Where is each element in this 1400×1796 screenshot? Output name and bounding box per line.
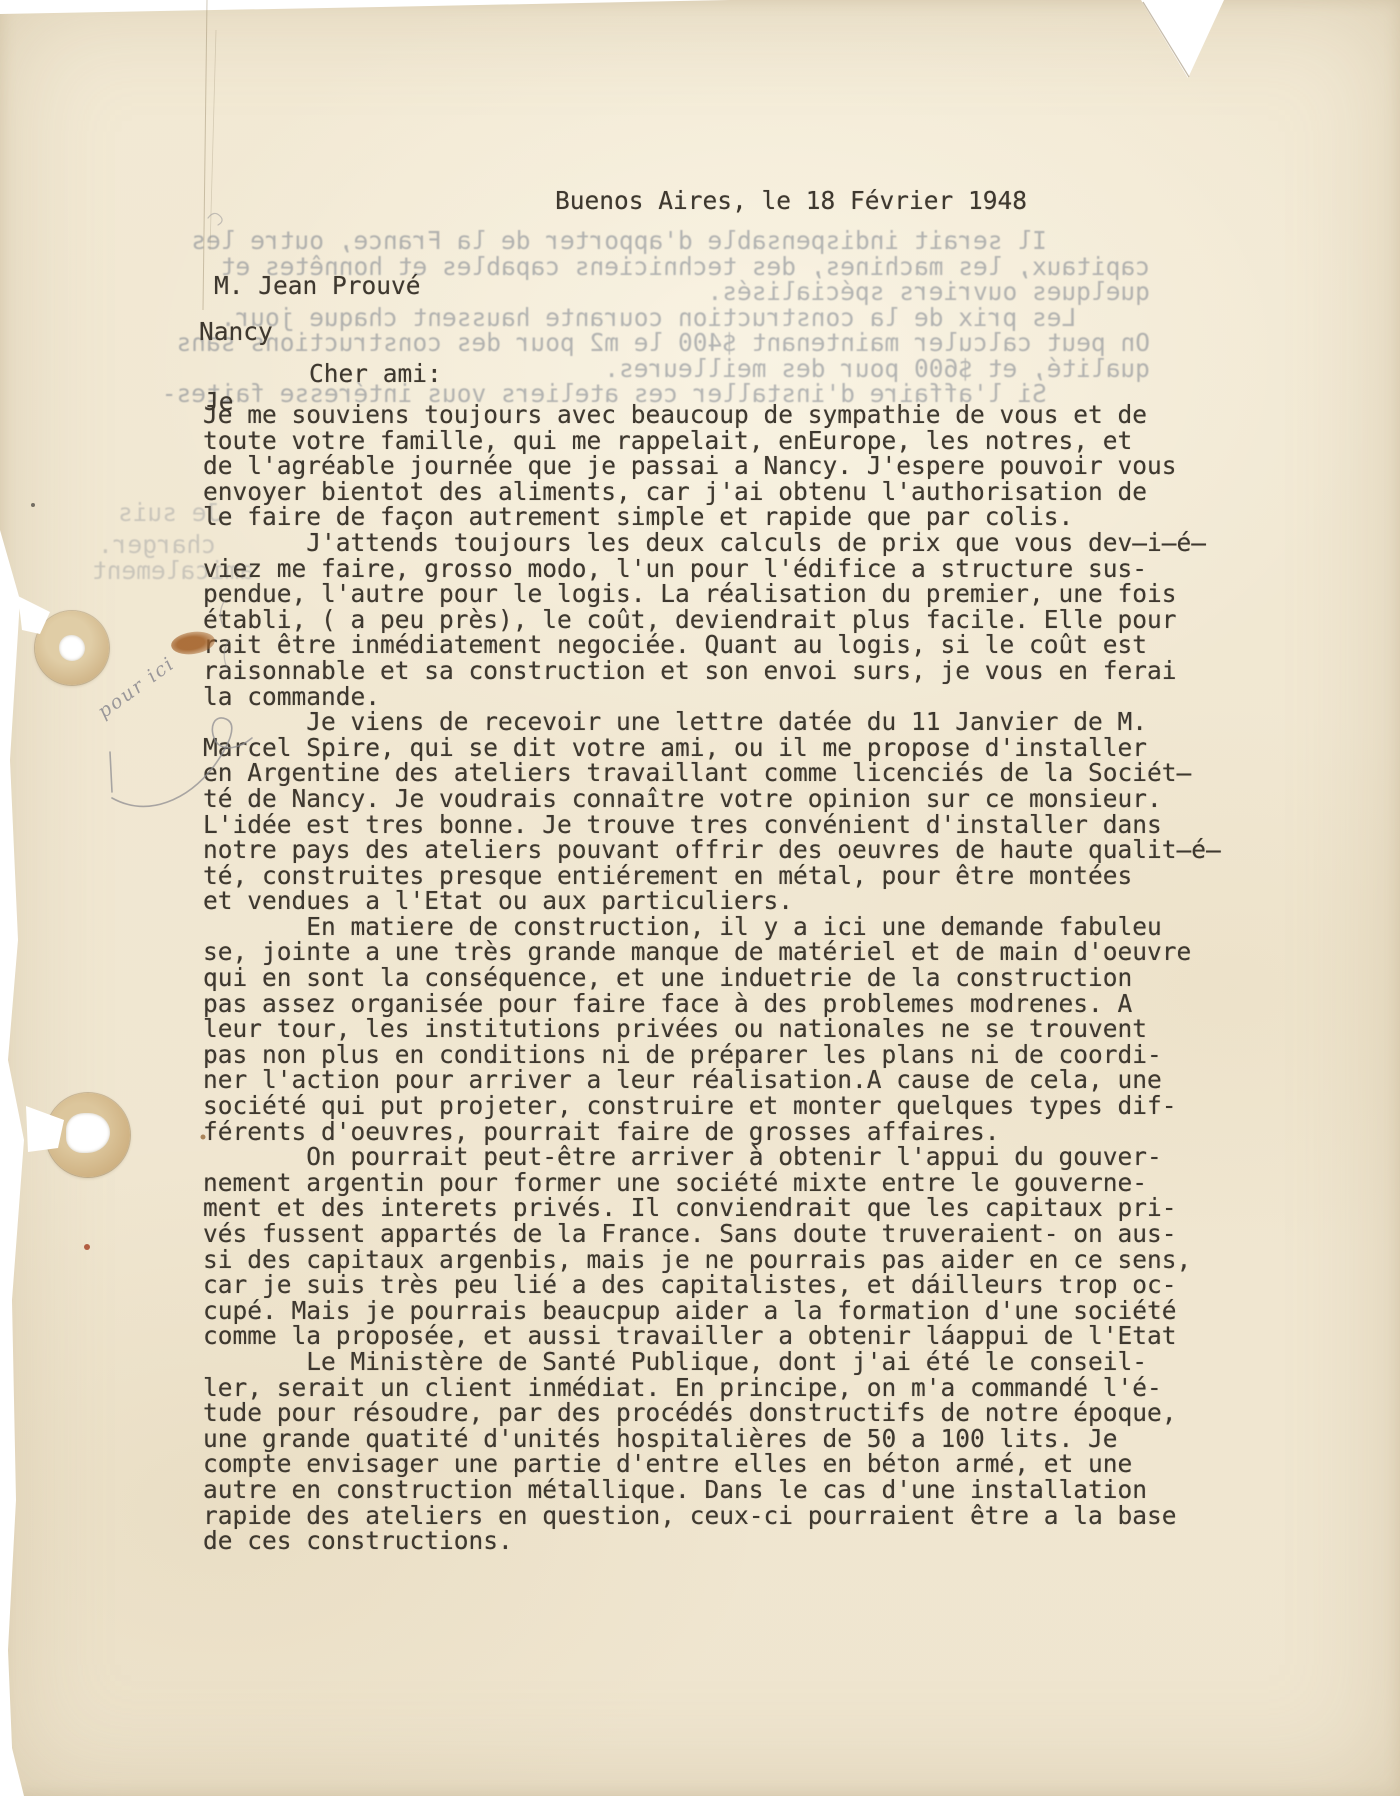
body-line: autre en construction métallique. Dans l… xyxy=(203,1477,1221,1503)
body-line: toute votre famille, qui me rappelait, e… xyxy=(203,428,1221,454)
body-line: pas non plus en conditions ni de prépare… xyxy=(203,1042,1221,1068)
body-line: férents d'oeuvres, pourrait faire de gro… xyxy=(203,1119,1221,1145)
body-line: viez me faire, grosso modo, l'un pour l'… xyxy=(203,556,1221,582)
body-line: envoyer bientot des aliments, car j'ai o… xyxy=(203,479,1221,505)
body-line: nement argentin pour former une société … xyxy=(203,1170,1221,1196)
body-line: établi, ( a peu près), le coût, deviendr… xyxy=(203,607,1221,633)
ghost-line: Les prix de la construction courante hau… xyxy=(150,305,1150,331)
body-line: leur tour, les institutions privées ou n… xyxy=(203,1016,1221,1042)
salutation: Cher ami: xyxy=(309,359,442,388)
body-line: de ces constructions. xyxy=(203,1528,1221,1554)
body-line: Le Ministère de Santé Publique, dont j'a… xyxy=(203,1349,1221,1375)
body-line: société qui put projeter, construire et … xyxy=(203,1093,1221,1119)
scanned-letter-page: Il serait indispensable d'apporter de la… xyxy=(0,0,1400,1796)
body-line: se, jointe a une très grande manque de m… xyxy=(203,939,1221,965)
bleed-through-text-block: Il serait indispensable d'apporter de la… xyxy=(150,228,1150,407)
ghost-line: Il serait indispensable d'apporter de la… xyxy=(150,228,1150,254)
body-line: ler, serait un client inmédiat. En princ… xyxy=(203,1375,1221,1401)
body-line: pendue, l'autre pour le logis. La réalis… xyxy=(203,581,1221,607)
body-line: comme la proposée, et aussi travailler a… xyxy=(203,1323,1221,1349)
body-line: Marcel Spire, qui se dit votre ami, ou i… xyxy=(203,735,1221,761)
body-line: té de Nancy. Je voudrais connaître votre… xyxy=(203,786,1221,812)
body-line: de l'agréable journée que je passai a Na… xyxy=(203,453,1221,479)
body-line: pas assez organisée pour faire face à de… xyxy=(203,991,1221,1017)
body-line: une grande quatité d'unités hospitalière… xyxy=(203,1426,1221,1452)
body-line: En matiere de construction, il y a ici u… xyxy=(203,914,1221,940)
body-line: compte envisager une partie d'entre elle… xyxy=(203,1451,1221,1477)
body-line: rait être inmédiatement negociée. Quant … xyxy=(203,632,1221,658)
recipient-name: M. Jean Prouvé xyxy=(214,271,421,300)
ghost-line: On peut calculer maintenant $400 le m2 p… xyxy=(150,330,1150,356)
body-line: tude pour résoudre, par des procédés don… xyxy=(203,1400,1221,1426)
body-line: ner l'action pour arriver a leur réalisa… xyxy=(203,1067,1221,1093)
body-line: raisonnable et sa construction et son en… xyxy=(203,658,1221,684)
recipient-city: Nancy xyxy=(199,317,273,346)
dateline: Buenos Aires, le 18 Février 1948 xyxy=(555,186,1027,215)
body-line: notre pays des ateliers pouvant offrir d… xyxy=(203,837,1221,863)
body-line: vés fussent appartés de la France. Sans … xyxy=(203,1221,1221,1247)
body-line: la commande. xyxy=(203,684,1221,710)
body-line: Je me souviens toujours avec beaucoup de… xyxy=(203,402,1221,428)
body-line: té, construites presque entiérement en m… xyxy=(203,863,1221,889)
body-line: cupé. Mais je pourrais beaucpup aider a … xyxy=(203,1298,1221,1324)
punch-hole-top xyxy=(59,635,85,661)
body-line: et vendues a l'Etat ou aux particuliers. xyxy=(203,888,1221,914)
body-line: On pourrait peut-être arriver à obtenir … xyxy=(203,1144,1221,1170)
body-line: le faire de façon autrement simple et ra… xyxy=(203,504,1221,530)
body-line: rapide des ateliers en question, ceux-ci… xyxy=(203,1503,1221,1529)
ghost-line: qualité, et $600 pour des meilleures. xyxy=(150,356,1150,382)
body-line: ment et des interets privés. Il conviend… xyxy=(203,1195,1221,1221)
body-line: si des capitaux argenbis, mais je ne pou… xyxy=(203,1247,1221,1273)
body-line: car je suis très peu lié a des capitalis… xyxy=(203,1272,1221,1298)
letter-body: Je me souviens toujours avec beaucoup de… xyxy=(203,402,1221,1554)
body-line: Je viens de recevoir une lettre datée du… xyxy=(203,709,1221,735)
body-line: J'attends toujours les deux calculs de p… xyxy=(203,530,1221,556)
body-line: qui en sont la conséquence, et une indue… xyxy=(203,965,1221,991)
body-line: L'idée est tres bonne. Je trouve tres co… xyxy=(203,812,1221,838)
ghost-fragment: charger. xyxy=(98,530,216,559)
body-line: en Argentine des ateliers travaillant co… xyxy=(203,760,1221,786)
